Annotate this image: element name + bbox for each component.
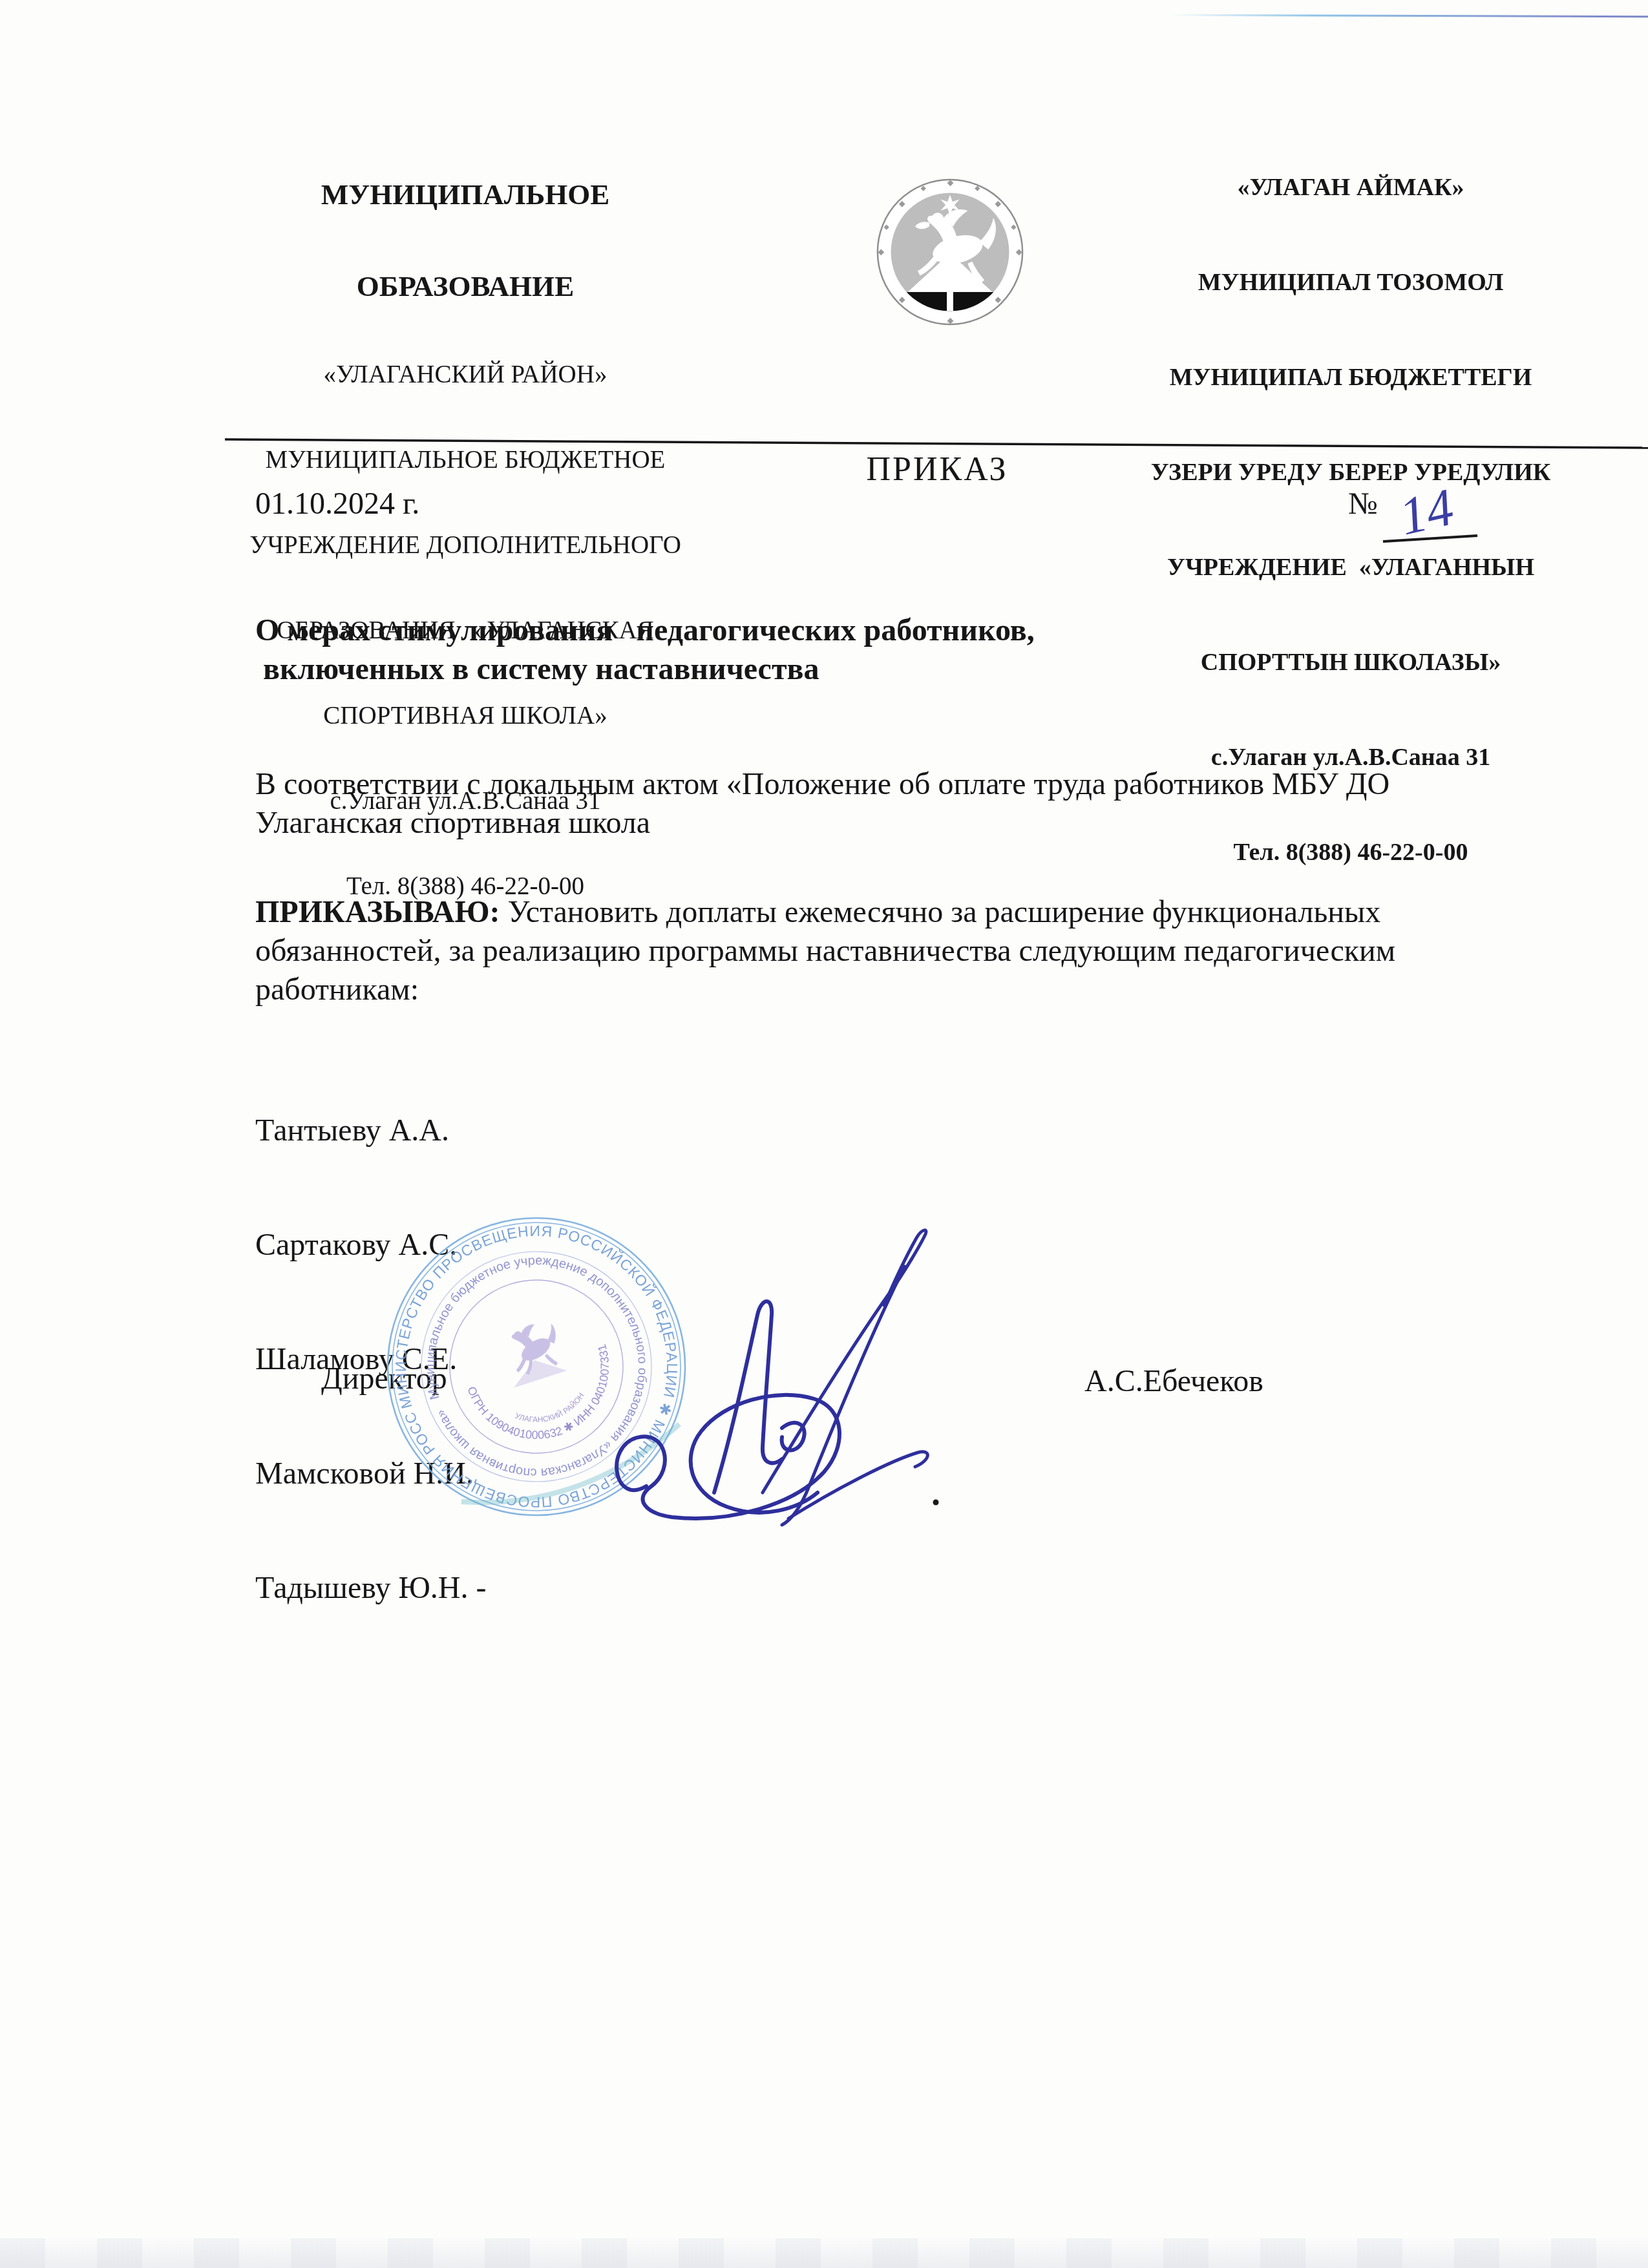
letterhead-right-line: МУНИЦИПАЛ БЮДЖЕТТЕГИ [1118, 362, 1583, 394]
body-paragraph2-line1: ПРИКАЗЫВАЮ: Установить доплаты ежемесячн… [255, 894, 1380, 930]
letterhead-right-line: УЧРЕЖДЕНИЕ «УЛАГАННЫН [1118, 552, 1583, 583]
letterhead-left-line: СПОРТИВНАЯ ШКОЛА» [213, 702, 717, 730]
order-number-sign: № [1348, 486, 1378, 521]
body-paragraph2-line1-rest: Установить доплаты ежемесячно за расшире… [500, 895, 1380, 929]
body-paragraph1-line2: Улаганская спортивная школа [255, 805, 650, 841]
recipient-name: Тантыеву А.А. [255, 1111, 486, 1150]
body-paragraph2-line3: работникам: [255, 972, 419, 1007]
letterhead-right-line: «УЛАГАН АЙМАК» [1118, 172, 1583, 204]
subject-line-1: О мерах стимулирования педагогических ра… [255, 613, 1035, 648]
scanned-order-document: МУНИЦИПАЛЬНОЕ ОБРАЗОВАНИЕ «УЛАГАНСКИЙ РА… [0, 0, 1648, 2268]
prikazivayu-lead: ПРИКАЗЫВАЮ: [255, 895, 500, 929]
letterhead-right-phone: Тел. 8(388) 46-22-0-00 [1118, 837, 1583, 868]
scan-artifact-bottom-noise [0, 2238, 1648, 2268]
recipient-name: Тадышеву Ю.Н. - [255, 1569, 486, 1607]
scan-artifact-top-line [1171, 14, 1648, 17]
ink-dot [933, 1500, 939, 1506]
horse-emblem-icon [874, 176, 1026, 328]
order-date: 01.10.2024 г. [255, 486, 419, 521]
order-number-handwritten: 14 [1375, 476, 1485, 547]
body-paragraph2-line2: обязанностей, за реализацию программы на… [255, 933, 1395, 969]
letterhead-left-line: ОБРАЗОВАНИЕ [213, 269, 717, 304]
letterhead-left-line: УЧРЕЖДЕНИЕ ДОПОЛНИТЕЛЬНОГО [213, 531, 717, 560]
signer-name: А.С.Ебечеков [1084, 1363, 1263, 1399]
letterhead-left-line: МУНИЦИПАЛЬНОЕ [213, 177, 717, 212]
order-number-value: 14 [1394, 477, 1459, 546]
stamp-center-emblem [497, 1318, 568, 1388]
letterhead-left-line: «УЛАГАНСКИЙ РАЙОН» [213, 361, 717, 389]
letterhead-right-line: МУНИЦИПАЛ ТОЗОМОЛ [1118, 267, 1583, 299]
letterhead-right-line: СПОРТТЫН ШКОЛАЗЫ» [1118, 647, 1583, 678]
body-paragraph1-line1: В соответствии с локальным актом «Положе… [255, 766, 1389, 802]
subject-line-2: включенных в систему наставничества [255, 651, 819, 687]
director-signature [569, 1215, 969, 1551]
